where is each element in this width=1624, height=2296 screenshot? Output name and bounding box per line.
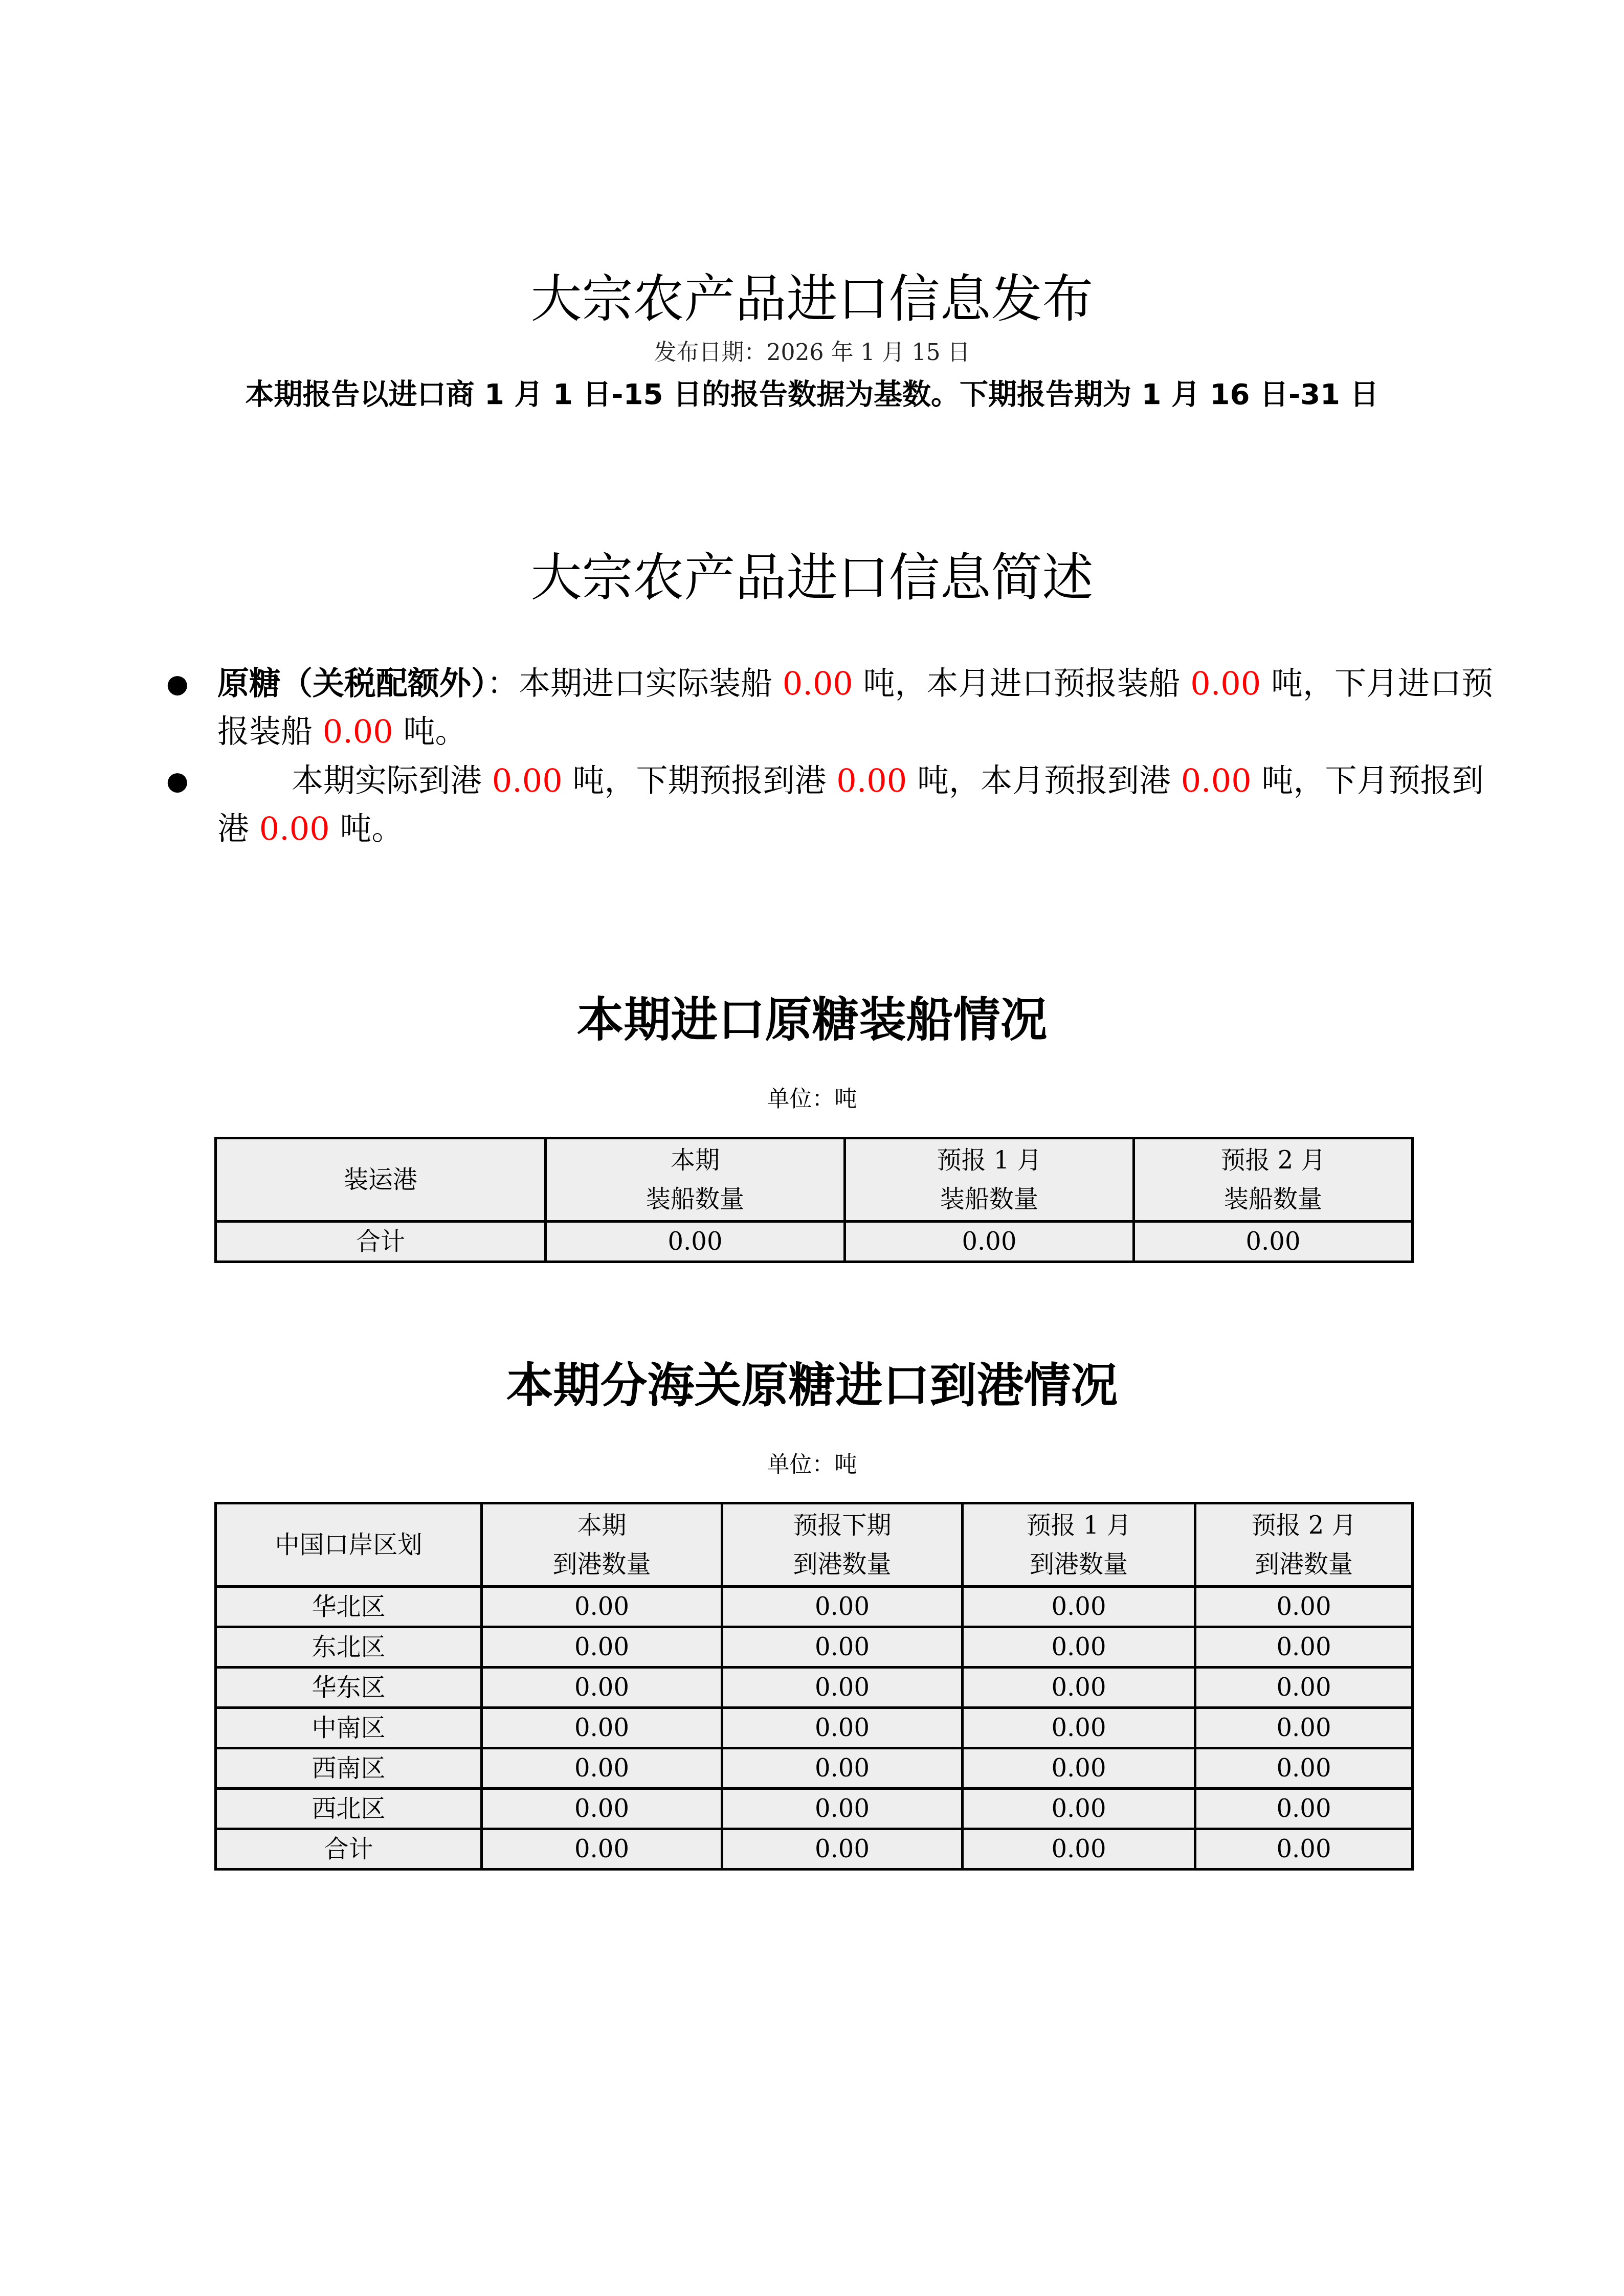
header-line: 装船数量 <box>646 1185 744 1213</box>
table-cell: 0.00 <box>482 1708 722 1748</box>
header-line: 装运港 <box>344 1165 417 1194</box>
table-cell: 0.00 <box>1195 1708 1413 1748</box>
table-cell: 0.00 <box>482 1668 722 1708</box>
bullet-icon: ● <box>166 660 189 708</box>
table-cell: 0.00 <box>722 1708 963 1748</box>
header-cell: 预报 2 月装船数量 <box>1134 1138 1413 1222</box>
bullet-icon: ● <box>166 757 189 805</box>
header-line: 装船数量 <box>1224 1185 1322 1213</box>
row-label: 合计 <box>216 1829 482 1870</box>
value-next-period-forecast-arrival: 0.00 <box>836 762 907 799</box>
table-cell: 0.00 <box>963 1587 1195 1627</box>
table-row: 合计 0.00 0.00 0.00 0.00 <box>216 1829 1413 1870</box>
summary-list: ● 原糖（关税配额外）：本期进口实际装船 0.00 吨，本月进口预报装船 0.0… <box>166 660 1506 854</box>
summary-item-shipment: ● 原糖（关税配额外）：本期进口实际装船 0.00 吨，本月进口预报装船 0.0… <box>166 660 1506 756</box>
shipment-section-title: 本期进口原糖装船情况 <box>0 989 1624 1051</box>
header-line: 到港数量 <box>1030 1550 1128 1579</box>
header-line: 中国口岸区划 <box>275 1530 422 1559</box>
row-label: 华北区 <box>216 1587 482 1627</box>
row-label: 西北区 <box>216 1789 482 1829</box>
value-month-forecast-shipment: 0.00 <box>1190 665 1261 702</box>
table-cell: 0.00 <box>546 1222 845 1262</box>
report-period-note: 本期报告以进口商 1 月 1 日-15 日的报告数据为基数。下期报告期为 1 月… <box>0 376 1624 414</box>
table-cell: 0.00 <box>963 1748 1195 1789</box>
header-cell: 预报 2 月到港数量 <box>1195 1503 1413 1587</box>
table-cell: 0.00 <box>963 1627 1195 1668</box>
table-row: 合计 0.00 0.00 0.00 <box>216 1222 1413 1262</box>
table-cell: 0.00 <box>722 1587 963 1627</box>
table-cell: 0.00 <box>482 1748 722 1789</box>
table-cell: 0.00 <box>722 1748 963 1789</box>
summary-text: 本期实际到港 <box>292 762 492 799</box>
shipment-table: 装运港 本期装船数量 预报 1 月装船数量 预报 2 月装船数量 合计 0.00… <box>214 1137 1414 1263</box>
table-cell: 0.00 <box>963 1789 1195 1829</box>
summary-text: 吨。 <box>330 810 404 847</box>
arrival-unit: 单位：吨 <box>0 1450 1624 1480</box>
header-line: 到港数量 <box>552 1550 651 1579</box>
header-cell: 预报下期到港数量 <box>722 1503 963 1587</box>
header-line: 预报 1 月 <box>937 1146 1041 1175</box>
value-actual-arrival: 0.00 <box>492 762 563 799</box>
table-cell: 0.00 <box>1195 1789 1413 1829</box>
table-row: 华北区 0.00 0.00 0.00 0.00 <box>216 1587 1413 1627</box>
header-cell: 中国口岸区划 <box>216 1503 482 1587</box>
header-cell: 本期到港数量 <box>482 1503 722 1587</box>
header-line: 到港数量 <box>793 1550 891 1579</box>
table-cell: 0.00 <box>722 1668 963 1708</box>
table-cell: 0.00 <box>845 1222 1134 1262</box>
header-cell: 装运港 <box>216 1138 546 1222</box>
table-cell: 0.00 <box>1195 1748 1413 1789</box>
publish-date: 发布日期：2026 年 1 月 15 日 <box>0 337 1624 368</box>
table-row: 华东区 0.00 0.00 0.00 0.00 <box>216 1668 1413 1708</box>
table-cell: 0.00 <box>1195 1627 1413 1668</box>
table-cell: 0.00 <box>482 1627 722 1668</box>
summary-text: 本期进口实际装船 <box>519 665 783 702</box>
table-row: 东北区 0.00 0.00 0.00 0.00 <box>216 1627 1413 1668</box>
header-line: 预报 1 月 <box>1026 1511 1131 1540</box>
table-row: 西北区 0.00 0.00 0.00 0.00 <box>216 1789 1413 1829</box>
table-row: 中南区 0.00 0.00 0.00 0.00 <box>216 1708 1413 1748</box>
row-label: 西南区 <box>216 1748 482 1789</box>
table-header-row: 中国口岸区划 本期到港数量 预报下期到港数量 预报 1 月到港数量 预报 2 月… <box>216 1503 1413 1587</box>
header-cell: 本期装船数量 <box>546 1138 845 1222</box>
commodity-label: 原糖（关税配额外） <box>217 665 487 702</box>
arrival-table: 中国口岸区划 本期到港数量 预报下期到港数量 预报 1 月到港数量 预报 2 月… <box>214 1502 1414 1871</box>
separator: ： <box>487 665 519 702</box>
header-line: 本期 <box>577 1511 626 1540</box>
row-label: 中南区 <box>216 1708 482 1748</box>
header-line: 本期 <box>671 1146 720 1175</box>
table-row: 西南区 0.00 0.00 0.00 0.00 <box>216 1748 1413 1789</box>
summary-text: 吨，本月预报到港 <box>907 762 1181 799</box>
row-label: 合计 <box>216 1222 546 1262</box>
header-line: 到港数量 <box>1255 1550 1353 1579</box>
header-line: 预报 2 月 <box>1251 1511 1356 1540</box>
table-cell: 0.00 <box>1134 1222 1413 1262</box>
table-cell: 0.00 <box>963 1668 1195 1708</box>
summary-text: 吨，下期预报到港 <box>563 762 836 799</box>
row-label: 东北区 <box>216 1627 482 1668</box>
row-label: 华东区 <box>216 1668 482 1708</box>
summary-title: 大宗农产品进口信息简述 <box>0 545 1624 611</box>
page-title: 大宗农产品进口信息发布 <box>0 266 1624 332</box>
table-cell: 0.00 <box>963 1708 1195 1748</box>
table-header-row: 装运港 本期装船数量 预报 1 月装船数量 预报 2 月装船数量 <box>216 1138 1413 1222</box>
header-line: 预报下期 <box>793 1511 891 1540</box>
table-cell: 0.00 <box>482 1587 722 1627</box>
value-next-month-forecast-shipment: 0.00 <box>323 713 393 750</box>
table-cell: 0.00 <box>722 1829 963 1870</box>
summary-text: 吨，本月进口预报装船 <box>853 665 1190 702</box>
header-cell: 预报 1 月装船数量 <box>845 1138 1134 1222</box>
value-next-month-forecast-arrival: 0.00 <box>259 810 330 847</box>
header-cell: 预报 1 月到港数量 <box>963 1503 1195 1587</box>
table-cell: 0.00 <box>1195 1829 1413 1870</box>
table-cell: 0.00 <box>963 1829 1195 1870</box>
table-cell: 0.00 <box>722 1789 963 1829</box>
summary-item-arrival: ● 本期实际到港 0.00 吨，下期预报到港 0.00 吨，本月预报到港 0.0… <box>166 757 1506 853</box>
table-cell: 0.00 <box>722 1627 963 1668</box>
table-cell: 0.00 <box>482 1829 722 1870</box>
arrival-section-title: 本期分海关原糖进口到港情况 <box>0 1355 1624 1416</box>
shipment-unit: 单位：吨 <box>0 1084 1624 1115</box>
value-actual-shipment: 0.00 <box>783 665 853 702</box>
header-line: 装船数量 <box>940 1185 1038 1213</box>
table-cell: 0.00 <box>1195 1668 1413 1708</box>
table-cell: 0.00 <box>482 1789 722 1829</box>
summary-text: 吨。 <box>393 713 467 750</box>
header-line: 预报 2 月 <box>1220 1146 1325 1175</box>
table-cell: 0.00 <box>1195 1587 1413 1627</box>
value-month-forecast-arrival: 0.00 <box>1181 762 1252 799</box>
